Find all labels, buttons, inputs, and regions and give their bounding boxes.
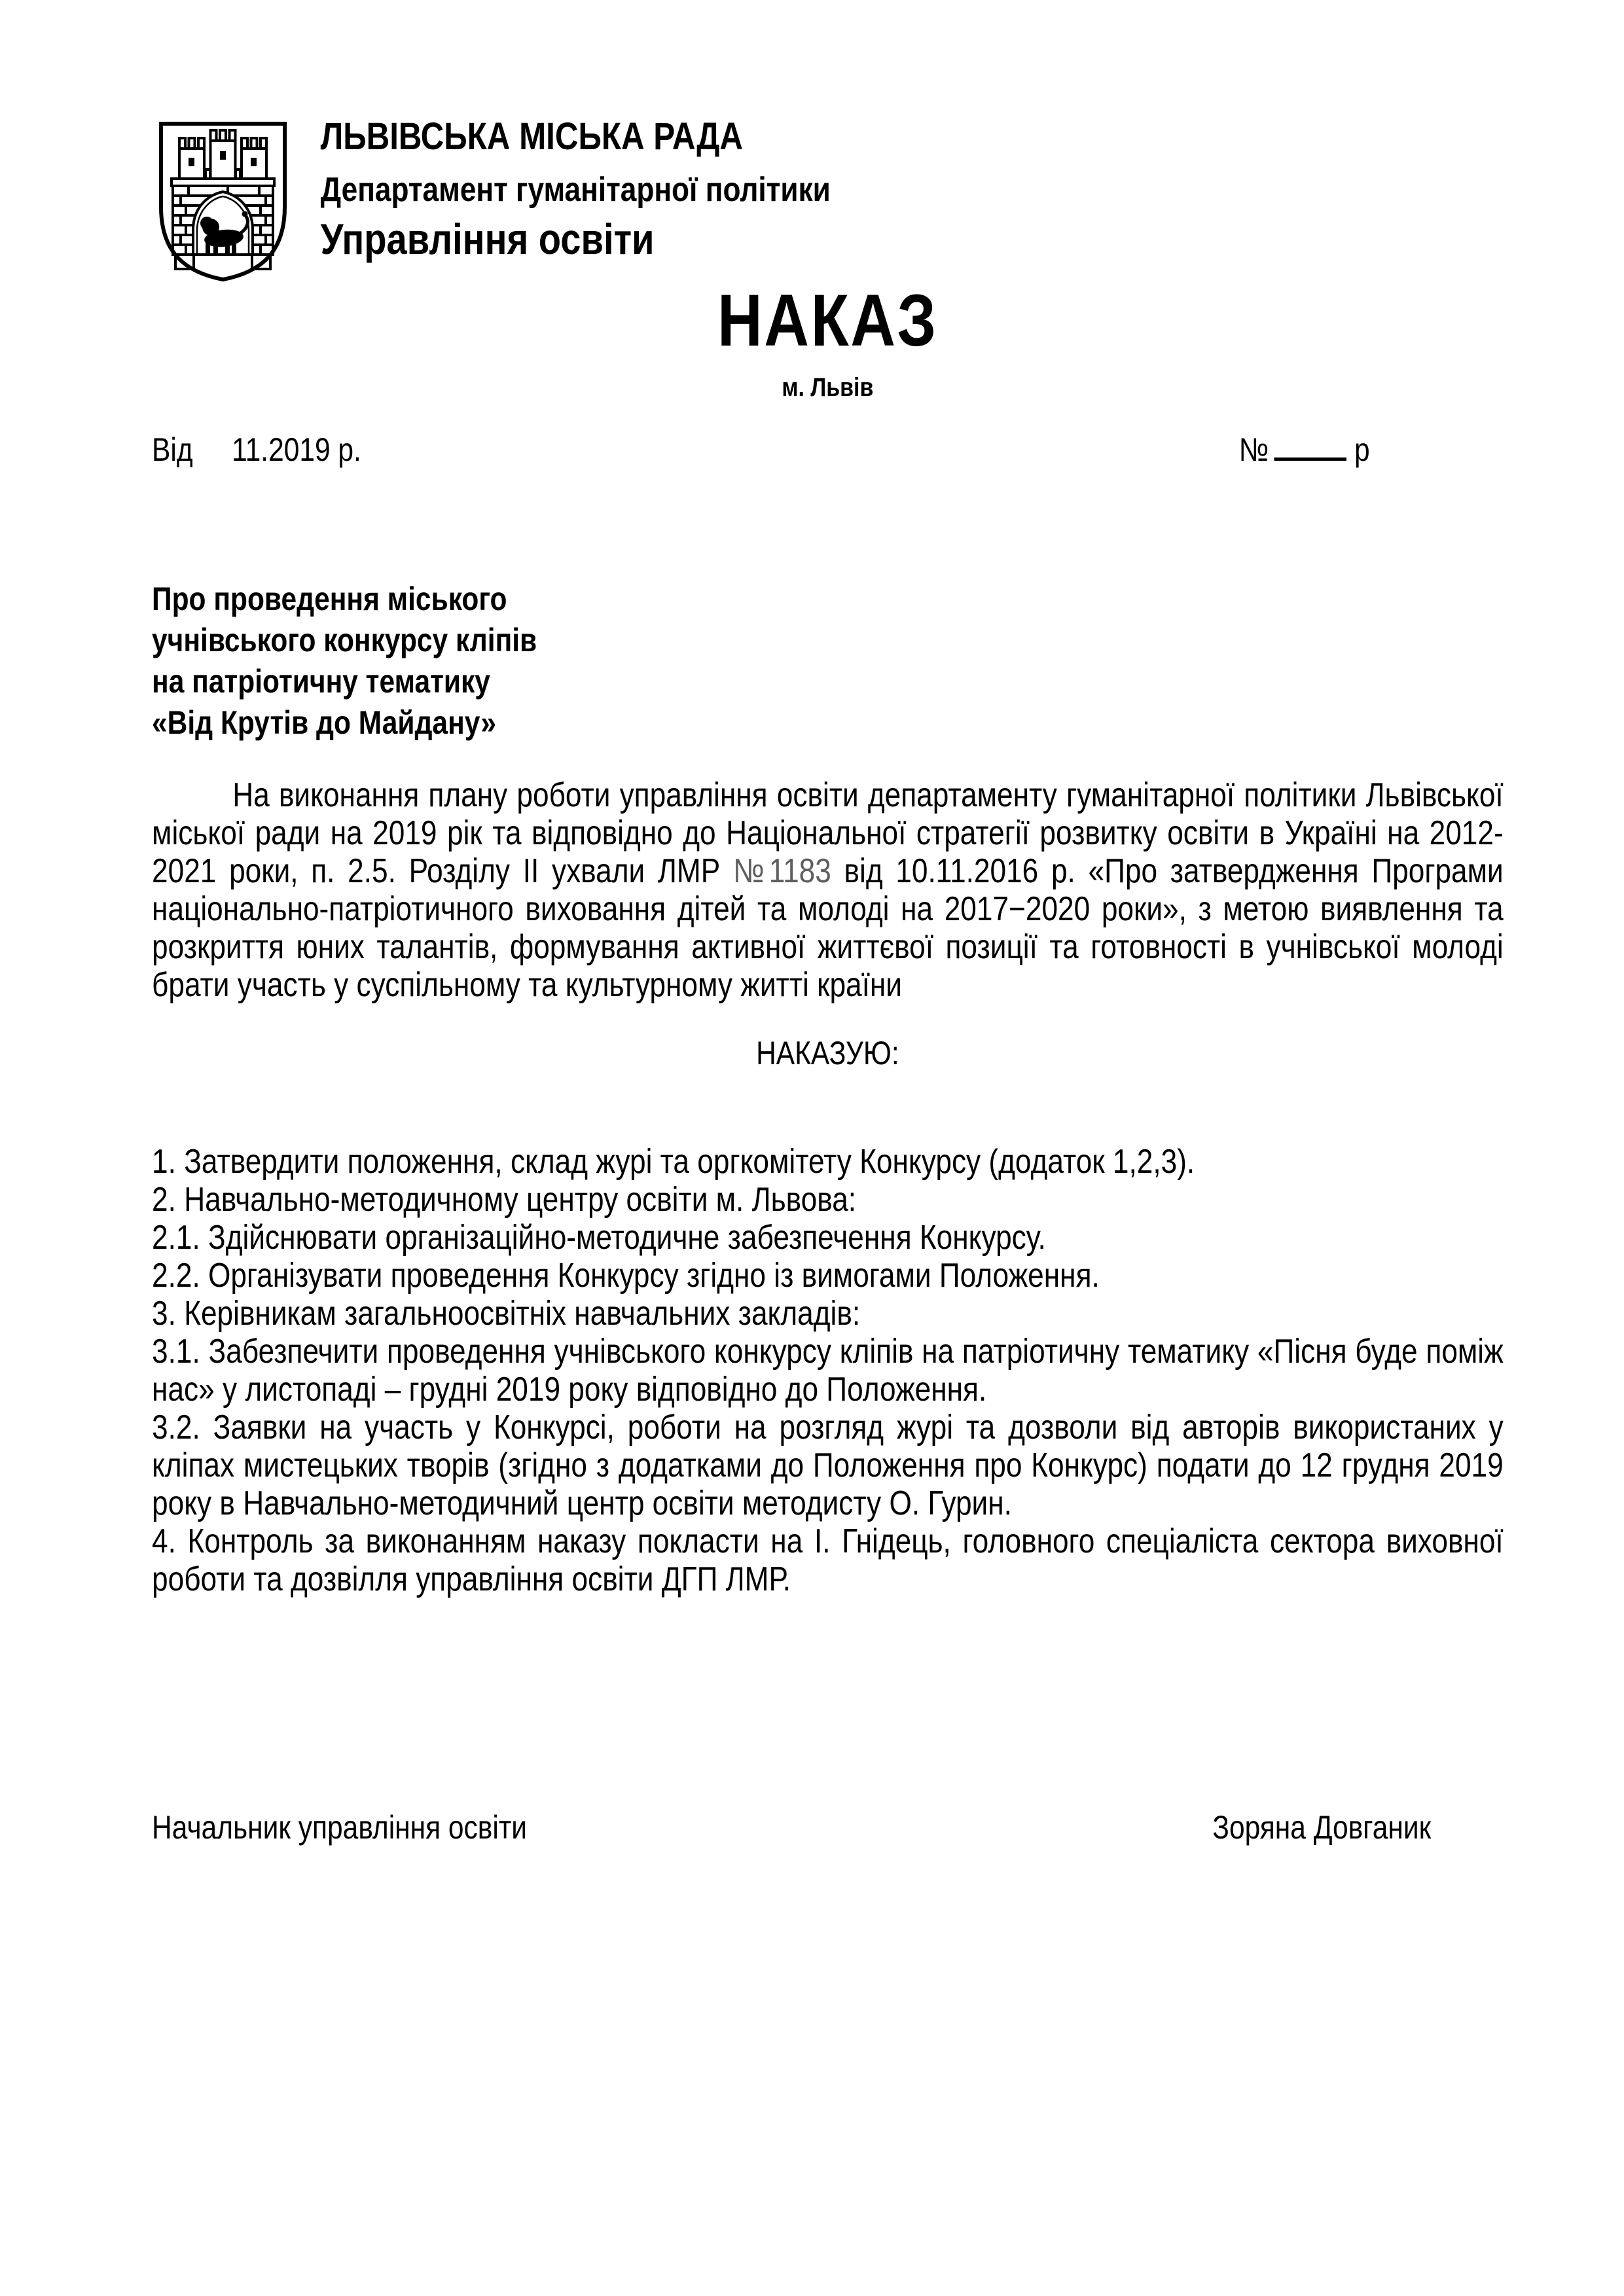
number-field: №р [1239, 433, 1370, 466]
number-blank-line [1274, 451, 1347, 461]
document-page: ЛЬВІВСЬКА МІСЬКА РАДА Департамент гумані… [0, 0, 1624, 2296]
org-name: ЛЬВІВСЬКА МІСЬКА РАДА [321, 118, 1504, 156]
subject-block: Про проведення міського учнівського конк… [152, 579, 1504, 744]
org-division: Управління освіти [321, 217, 1504, 260]
subject-line: Про проведення міського [152, 579, 1504, 620]
document-body: ЛЬВІВСЬКА МІСЬКА РАДА Департамент гумані… [0, 0, 1624, 1844]
date-value: 11.2019 р. [232, 431, 361, 468]
order-item-3-2: 3.2. Заявки на участь у Конкурсі, роботи… [152, 1408, 1504, 1522]
order-item-3: 3. Керівникам загальноосвітніх навчальни… [152, 1295, 1504, 1333]
signer-position: Начальник управління освіти [152, 1811, 527, 1844]
date-prefix: Від [152, 431, 193, 468]
order-item-2-2: 2.2. Організувати проведення Конкурсу зг… [152, 1257, 1504, 1295]
number-sign: № [1239, 431, 1269, 468]
date-field: Від11.2019 р. [152, 433, 361, 466]
signer-name: Зоряна Довганик [1212, 1811, 1431, 1844]
order-item-1: 1. Затвердити положення, склад журі та о… [152, 1143, 1504, 1181]
subject-line: «Від Крутів до Майдану» [152, 702, 1504, 744]
ref-number-grey: №1183 [733, 852, 831, 890]
organization-header: ЛЬВІВСЬКА МІСЬКА РАДА Департамент гумані… [152, 118, 1504, 260]
document-title: НАКАЗ [152, 284, 1504, 357]
order-item-2-1: 2.1. Здійснювати організаційно-методичне… [152, 1219, 1504, 1257]
subject-line: учнівського конкурсу кліпів [152, 620, 1504, 661]
org-department: Департамент гуманітарної політики [321, 173, 1504, 207]
order-item-2: 2. Навчально-методичному центру освіти м… [152, 1181, 1504, 1219]
subject-line: на патріотичну тематику [152, 661, 1504, 702]
order-item-4: 4. Контроль за виконанням наказу покласт… [152, 1522, 1504, 1598]
date-number-row: Від11.2019 р. №р [152, 433, 1504, 466]
order-items-list: 1. Затвердити положення, склад журі та о… [152, 1143, 1504, 1598]
intro-paragraph: На виконання плану роботи управління осв… [152, 776, 1504, 1004]
order-heading: НАКАЗУЮ: [152, 1034, 1504, 1072]
number-suffix: р [1354, 431, 1370, 468]
signature-row: Начальник управління освіти Зоряна Довга… [152, 1811, 1504, 1844]
order-item-3-1: 3.1. Забезпечити проведення учнівського … [152, 1333, 1504, 1408]
place-line: м. Львів [152, 374, 1504, 401]
